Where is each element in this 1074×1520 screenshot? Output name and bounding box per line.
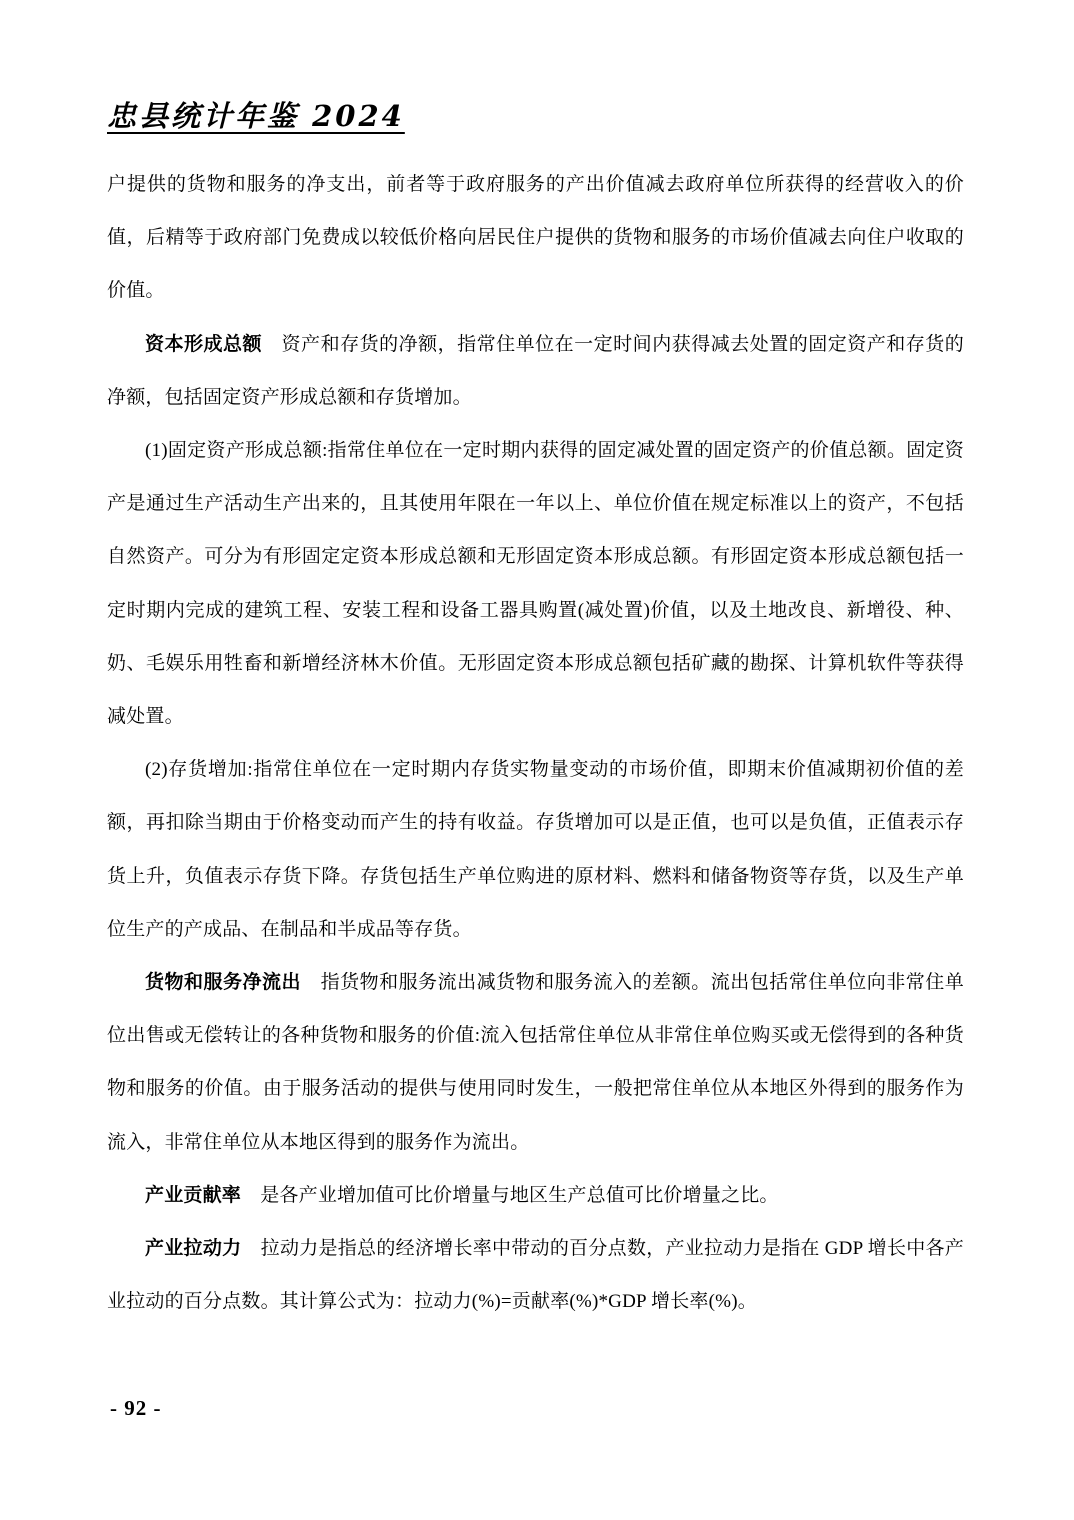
para-capital-formation-total: 资本形成总额 资产和存货的净额，指常住单位在一定时间内获得减去处置的固定资产和存… (107, 318, 964, 424)
text-run: 是各产业增加值可比价增量与地区生产总值可比价增量之比。 (241, 1185, 779, 1206)
term-label: 货物和服务净流出 (145, 972, 301, 993)
para-net-outflow-goods-services: 货物和服务净流出 指货物和服务流出减货物和服务流入的差额。流出包括常住单位向非常… (107, 956, 964, 1169)
text-run: (1)固定资产形成总额:指常住单位在一定时期内获得的固定减处置的固定资产的价值总… (107, 440, 964, 727)
term-label: 资本形成总额 (145, 334, 262, 355)
para-inventory-increase: (2)存货增加:指常住单位在一定时期内存货实物量变动的市场价值，即期末价值减期初… (107, 743, 964, 956)
para-industry-pull-force: 产业拉动力 拉动力是指总的经济增长率中带动的百分点数，产业拉动力是指在 GDP … (107, 1222, 964, 1328)
page-footer: - 92 - (110, 1396, 162, 1421)
body-paragraphs: 户提供的货物和服务的净支出，前者等于政府服务的产出价值减去政府单位所获得的经营收… (107, 158, 964, 1328)
page-header: 忠县统计年鉴 2024 (107, 94, 405, 135)
term-label: 产业拉动力 (145, 1238, 241, 1259)
document-page: 忠县统计年鉴 2024 户提供的货物和服务的净支出，前者等于政府服务的产出价值减… (0, 0, 1074, 1520)
text-run: 户提供的货物和服务的净支出，前者等于政府服务的产出价值减去政府单位所获得的经营收… (107, 174, 964, 301)
para-fixed-asset-formation: (1)固定资产形成总额:指常住单位在一定时期内获得的固定减处置的固定资产的价值总… (107, 424, 964, 743)
page-number: - 92 - (110, 1396, 162, 1420)
para-continuation-government-services: 户提供的货物和服务的净支出，前者等于政府服务的产出价值减去政府单位所获得的经营收… (107, 158, 964, 318)
text-run: 指货物和服务流出减货物和服务流入的差额。流出包括常住单位向非常住单位出售或无偿转… (107, 972, 964, 1153)
para-industry-contribution-rate: 产业贡献率 是各产业增加值可比价增量与地区生产总值可比价增量之比。 (107, 1169, 964, 1222)
text-run: (2)存货增加:指常住单位在一定时期内存货实物量变动的市场价值，即期末价值减期初… (107, 759, 964, 940)
yearbook-title: 忠县统计年鉴 2024 (107, 99, 405, 133)
term-label: 产业贡献率 (145, 1185, 241, 1206)
